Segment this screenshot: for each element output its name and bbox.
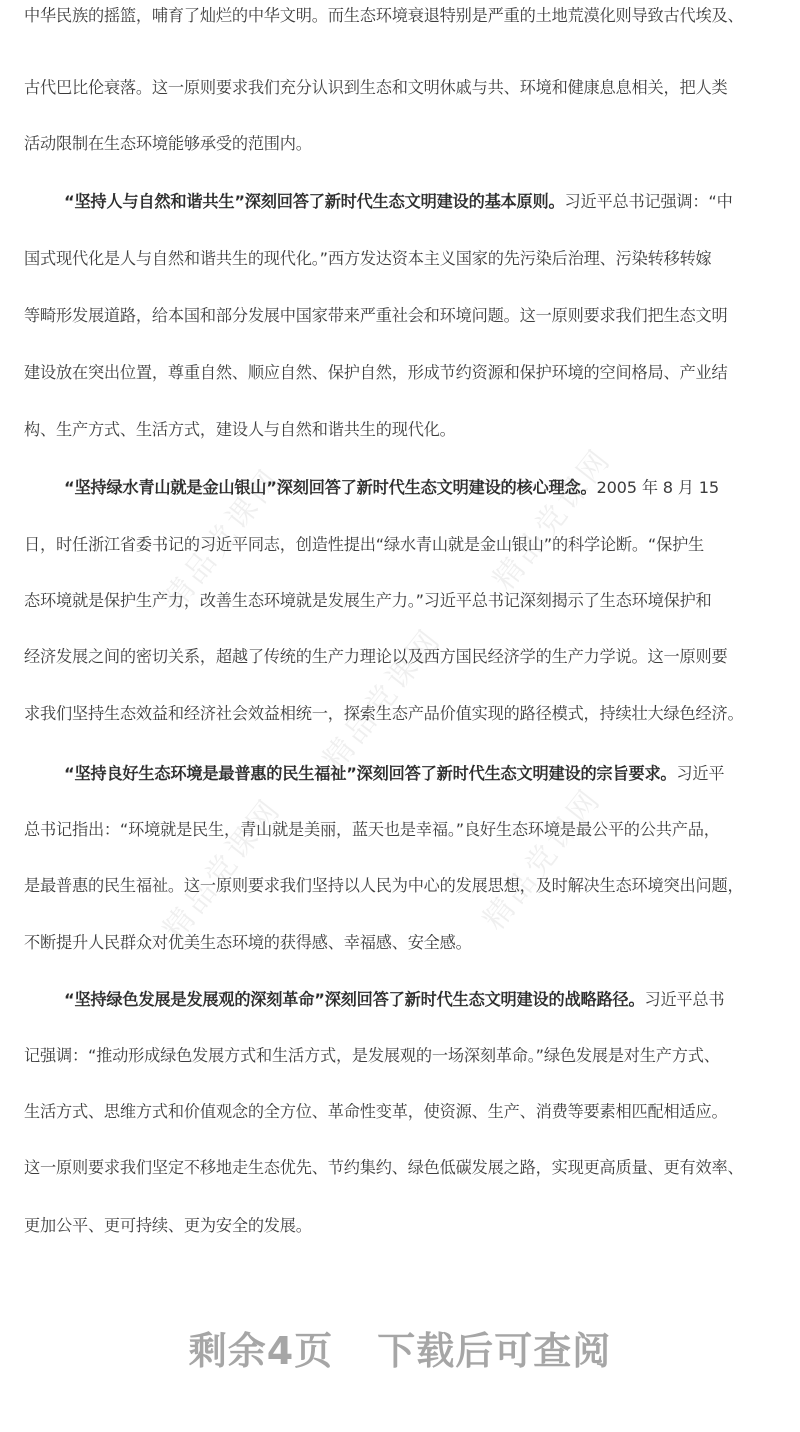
text-line: 国式现代化是人与自然和谐共生的现代化。”西方发达资本主义国家的先污染后治理、污染… [24, 247, 776, 271]
text-line: 中华民族的摇篮，哺育了灿烂的中华文明。而生态环境衰退特别是严重的土地荒漠化则导致… [24, 4, 776, 28]
text-line: 态环境就是保护生产力，改善生态环境就是发展生产力。”习近平总书记深刻揭示了生态环… [24, 589, 776, 613]
text-line: 是最普惠的民生福祉。这一原则要求我们坚持以人民为中心的发展思想，及时解决生态环境… [24, 874, 776, 898]
text-line: 求我们坚持生态效益和经济社会效益相统一，探索生态产品价值实现的路径模式，持续壮大… [24, 702, 776, 726]
text-line: 这一原则要求我们坚定不移地走生态优先、节约集约、绿色低碳发展之路，实现更高质量、… [24, 1156, 776, 1180]
watermark: 精品党课网 [470, 776, 609, 937]
paragraph-first-line: “坚持绿水青山就是金山银山”深刻回答了新时代生态文明建设的核心理念。2005 年… [64, 476, 776, 500]
paragraph-heading: “坚持良好生态环境是最普惠的民生福祉”深刻回答了新时代生态文明建设的宗旨要求。 [64, 764, 676, 783]
paragraph-text: 习近平总书记强调：“中 [565, 192, 733, 211]
paragraph-text: 2005 年 8 月 15 [596, 478, 718, 497]
paragraph-heading: “坚持人与自然和谐共生”深刻回答了新时代生态文明建设的基本原则。 [64, 192, 565, 211]
paragraph-first-line: “坚持绿色发展是发展观的深刻革命”深刻回答了新时代生态文明建设的战略路径。习近平… [64, 988, 776, 1012]
text-line: 记强调：“推动形成绿色发展方式和生活方式，是发展观的一场深刻革命。”绿色发展是对… [24, 1044, 776, 1068]
text-line: 建设放在突出位置，尊重自然、顺应自然、保护自然，形成节约资源和保护环境的空间格局… [24, 361, 776, 385]
paragraph-heading: “坚持绿色发展是发展观的深刻革命”深刻回答了新时代生态文明建设的战略路径。 [64, 990, 644, 1009]
download-to-view-label: 下载后可查阅 [377, 1329, 611, 1373]
watermark: 精品党课网 [310, 616, 449, 777]
watermark: 精品党课网 [480, 436, 619, 597]
remaining-pages-label: 剩余4页 [189, 1329, 333, 1373]
text-line: 总书记指出：“环境就是民生，青山就是美丽，蓝天也是幸福。”良好生态环境是最公平的… [24, 818, 776, 842]
paragraph-heading: “坚持绿水青山就是金山银山”深刻回答了新时代生态文明建设的核心理念。 [64, 478, 596, 497]
text-line: 等畸形发展道路，给本国和部分发展中国家带来严重社会和环境问题。这一原则要求我们把… [24, 304, 776, 328]
paragraph-text: 习近平总书 [644, 990, 724, 1009]
text-line: 经济发展之间的密切关系，超越了传统的生产力理论以及西方国民经济学的生产力学说。这… [24, 645, 776, 669]
document-page: 精品党课网 精品党课网 精品党课网 精品党课网 精品党课网 中华民族的摇篮，哺育… [0, 0, 800, 1432]
paragraph-first-line: “坚持良好生态环境是最普惠的民生福祉”深刻回答了新时代生态文明建设的宗旨要求。习… [64, 762, 776, 786]
text-line: 日，时任浙江省委书记的习近平同志，创造性提出“绿水青山就是金山银山”的科学论断。… [24, 533, 776, 557]
text-line: 不断提升人民群众对优美生态环境的获得感、幸福感、安全感。 [24, 931, 776, 955]
paragraph-first-line: “坚持人与自然和谐共生”深刻回答了新时代生态文明建设的基本原则。习近平总书记强调… [64, 190, 776, 214]
text-line: 生活方式、思维方式和价值观念的全方位、革命性变革，使资源、生产、消费等要素相匹配… [24, 1100, 776, 1124]
text-line: 构、生产方式、生活方式，建设人与自然和谐共生的现代化。 [24, 418, 776, 442]
text-line: 古代巴比伦衰落。这一原则要求我们充分认识到生态和文明休戚与共、环境和健康息息相关… [24, 76, 776, 100]
download-to-read-more-banner[interactable]: 剩余4页下载后可查阅 [0, 1326, 800, 1376]
text-line: 活动限制在生态环境能够承受的范围内。 [24, 132, 776, 156]
watermark: 精品党课网 [150, 786, 289, 947]
paragraph-text: 习近平 [676, 764, 724, 783]
text-line: 更加公平、更可持续、更为安全的发展。 [24, 1214, 776, 1238]
